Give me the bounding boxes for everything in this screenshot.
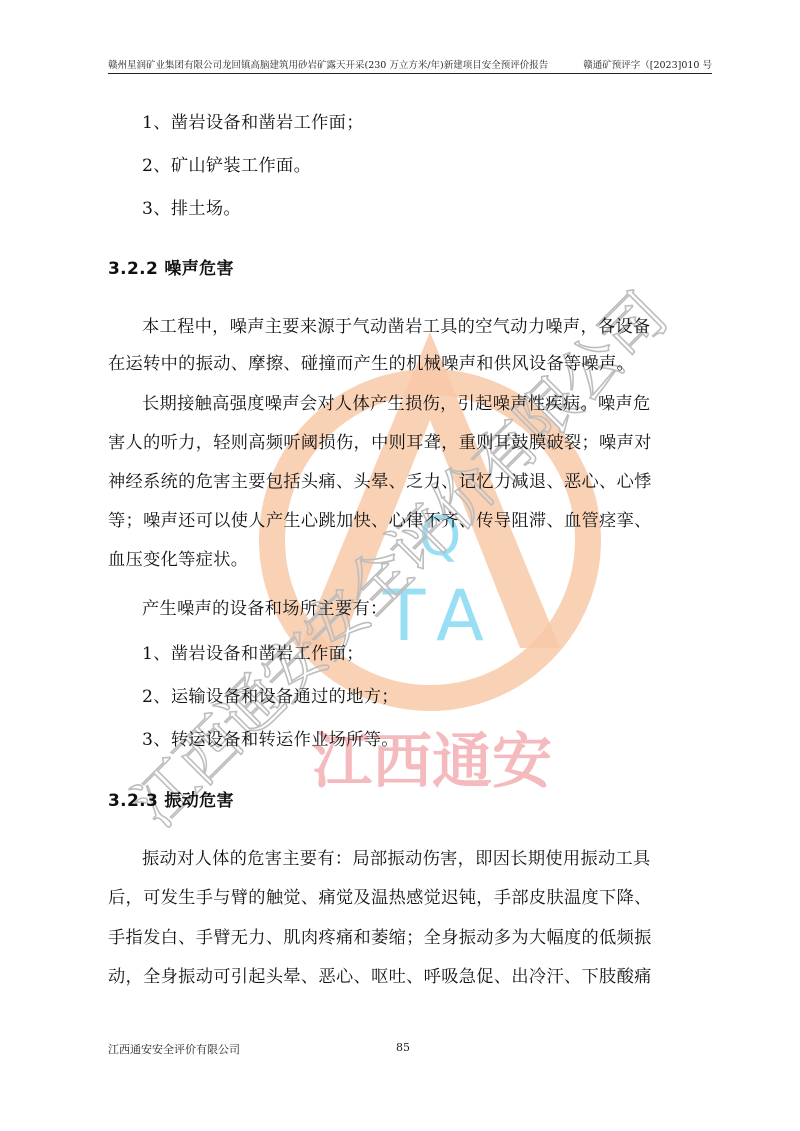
header-document-number: 赣通矿预评字（[2023]010 号 bbox=[583, 57, 712, 73]
paragraph-line: 在运转中的振动、摩擦、碰撞而产生的机械噪声和供风设备等噪声。 bbox=[108, 349, 634, 374]
watermark-letter-t: T bbox=[382, 575, 426, 657]
watermark-letter-a: A bbox=[436, 575, 484, 657]
section-heading-vibration: 3.2.3 振动危害 bbox=[108, 786, 234, 811]
paragraph-line: 本工程中，噪声主要来源于气动凿岩工具的空气动力噪声，各设备 bbox=[142, 312, 651, 337]
paragraph-line: 产生噪声的设备和场所主要有： bbox=[142, 594, 388, 619]
paragraph-line: 长期接触高强度噪声会对人体产生损伤，引起噪声性疾病。噪声危 bbox=[142, 389, 651, 414]
footer-company-name: 江西通安安全评价有限公司 bbox=[108, 1041, 240, 1057]
paragraph-line: 血压变化等症状。 bbox=[108, 545, 248, 570]
list-item: 2、运输设备和设备通过的地方； bbox=[142, 682, 399, 707]
paragraph-line: 动，全身振动可引起头晕、恶心、呕吐、呼吸急促、出冷汗、下肢酸痛 bbox=[108, 962, 652, 987]
list-item: 1、凿岩设备和凿岩工作面； bbox=[142, 639, 364, 664]
document-page: Q T A 江西通安 江西通安安全评价有限公司 赣州星润矿业集团有限公司龙回镇高… bbox=[0, 0, 800, 1131]
list-item: 1、凿岩设备和凿岩工作面； bbox=[142, 108, 364, 133]
paragraph-line: 害人的听力，轻则高频听阈损伤，中则耳聋，重则耳鼓膜破裂；噪声对 bbox=[108, 428, 652, 453]
paragraph-line: 神经系统的危害主要包括头痛、头晕、乏力、记忆力减退、恶心、心悸 bbox=[108, 467, 652, 492]
list-item: 2、矿山铲装工作面。 bbox=[142, 151, 311, 176]
header-report-title: 赣州星润矿业集团有限公司龙回镇高脑建筑用砂岩矿露天开采(230 万立方米/年)新… bbox=[108, 57, 548, 73]
section-heading-noise: 3.2.2 噪声危害 bbox=[108, 254, 234, 279]
list-item: 3、转运设备和转运作业场所等。 bbox=[142, 725, 399, 750]
paragraph-line: 等；噪声还可以使人产生心跳加快、心律不齐、传导阻滞、血管痉挛、 bbox=[108, 506, 652, 531]
paragraph-line: 手指发白、手臂无力、肌肉疼痛和萎缩；全身振动多为大幅度的低频振 bbox=[108, 923, 652, 948]
paragraph-line: 振动对人体的危害主要有：局部振动伤害，即因长期使用振动工具 bbox=[142, 844, 651, 869]
paragraph-line: 后，可发生手与臂的触觉、痛觉及温热感觉迟钝，手部皮肤温度下降、 bbox=[108, 883, 652, 908]
page-number: 85 bbox=[396, 1041, 410, 1054]
page-header: 赣州星润矿业集团有限公司龙回镇高脑建筑用砂岩矿露天开采(230 万立方米/年)新… bbox=[108, 55, 712, 74]
list-item: 3、排土场。 bbox=[142, 194, 241, 219]
